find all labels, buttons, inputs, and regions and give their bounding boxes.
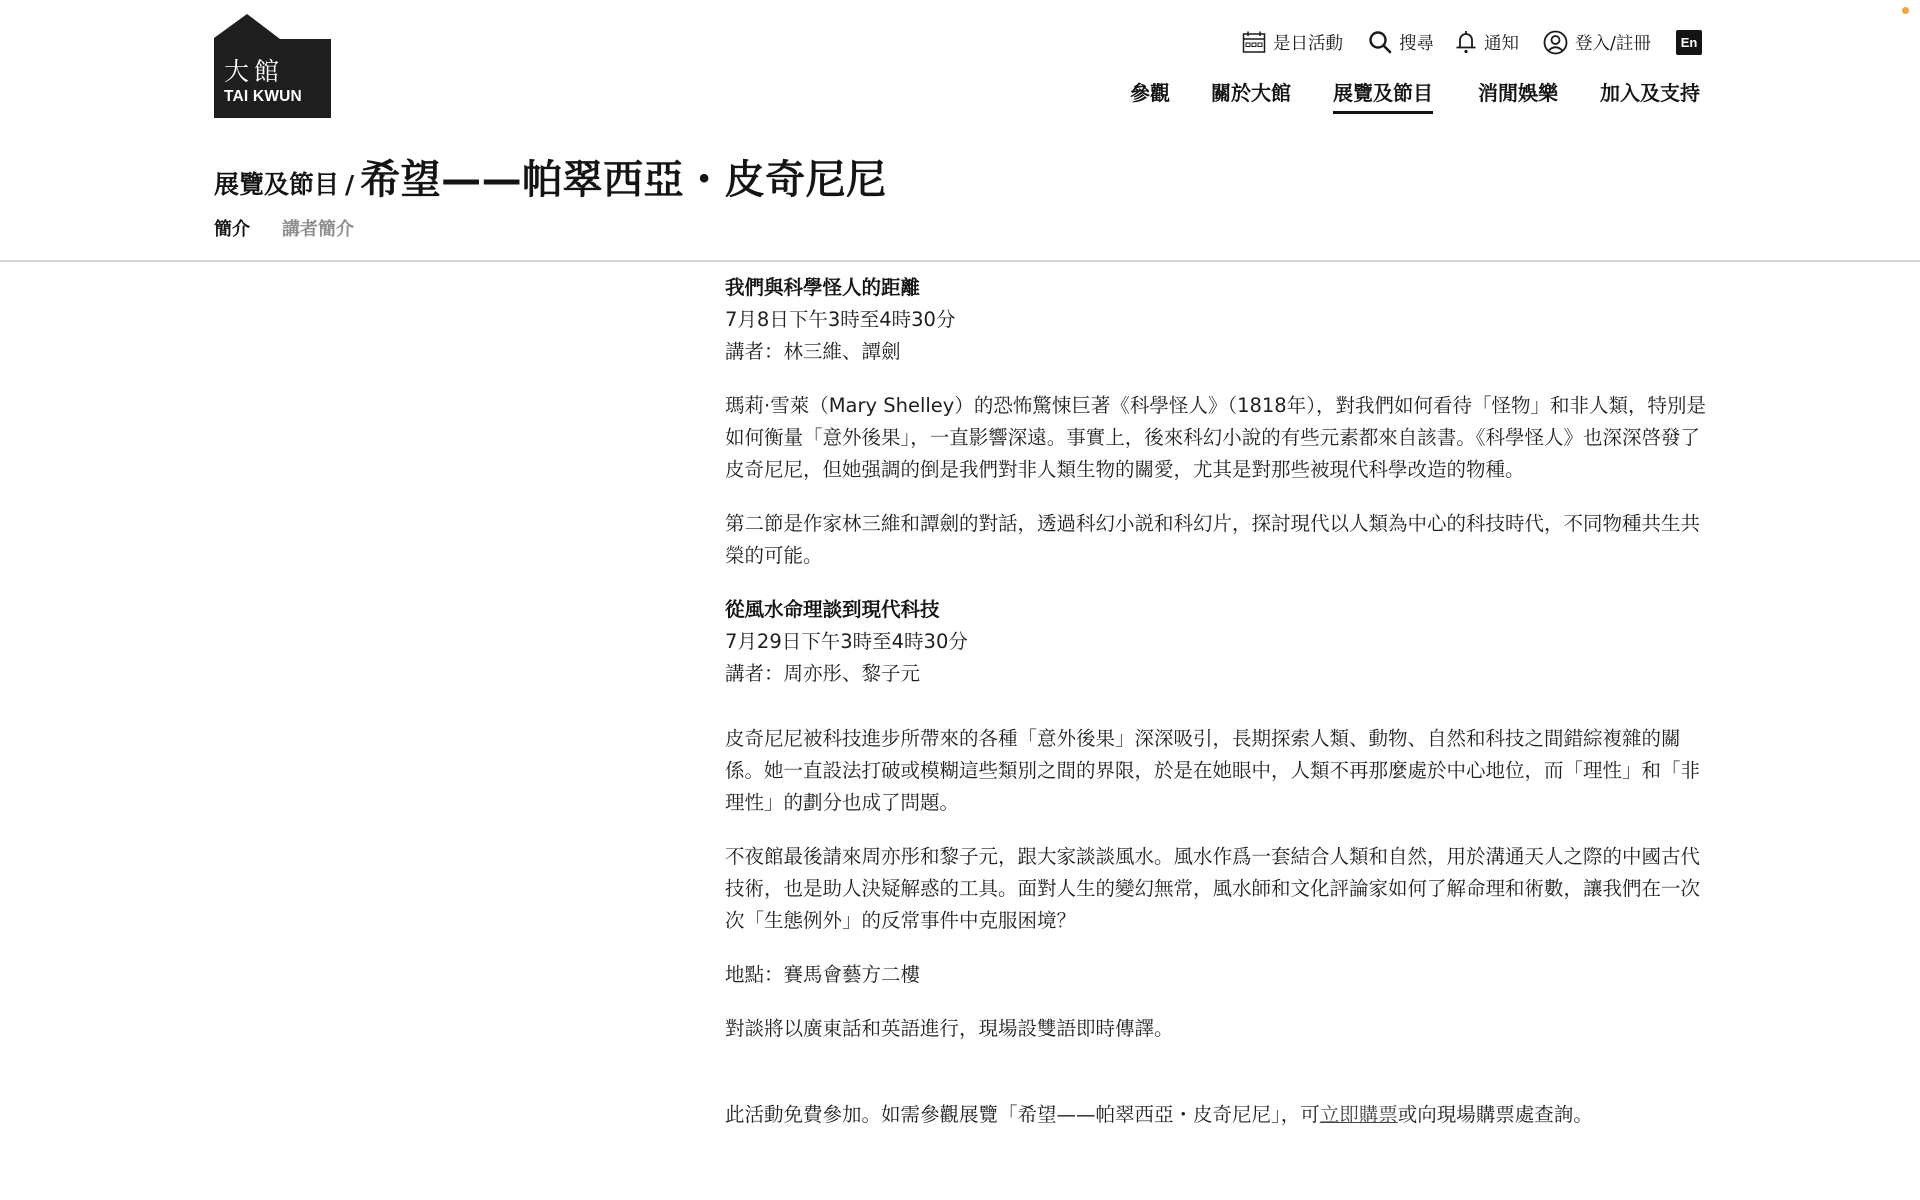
user-icon (1543, 30, 1568, 55)
login-label: 登入/註冊 (1575, 30, 1651, 55)
ticket-note-after: 或向現場購票處查詢。 (1398, 1103, 1593, 1126)
session1-paragraph-2: 第二節是作家林三維和譚劍的對話，透過科幻小説和科幻片，探討現代以人類為中心的科技… (725, 508, 1710, 572)
nav-about[interactable]: 關於大館 (1211, 78, 1291, 108)
page-header: 展覽及節目 / 希望——帕翠西亞・皮奇尼尼 (214, 148, 887, 205)
session2-title: 從風水命理談到現代科技 (725, 594, 1710, 626)
utility-today-events[interactable]: 是日活動 (1242, 28, 1343, 56)
ticket-note: 此活動免費參加。如需參觀展覽「希望——帕翠西亞・皮奇尼尼」，可立即購票或向現場購… (725, 1099, 1710, 1131)
event-location: 地點：賽馬會藝方二樓 (725, 959, 1710, 991)
content-tabs: 簡介 講者簡介 (214, 216, 354, 244)
ticket-note-before: 此活動免費參加。如需參觀展覽「希望——帕翠西亞・皮奇尼尼」，可 (725, 1103, 1320, 1126)
today-events-label: 是日活動 (1273, 30, 1343, 55)
breadcrumb-separator: / (345, 170, 354, 199)
utility-notifications[interactable]: 通知 (1455, 28, 1519, 56)
utility-login[interactable]: 登入/註冊 (1543, 28, 1651, 56)
session1-time: 7月8日下午3時至4時30分 (725, 304, 1710, 336)
utility-search[interactable]: 搜尋 (1368, 28, 1434, 56)
search-label: 搜尋 (1399, 30, 1434, 55)
bell-icon (1455, 30, 1477, 54)
session2-paragraph-2: 不夜館最後請來周亦彤和黎子元，跟大家談談風水。風水作爲一套結合人類和自然，用於溝… (725, 841, 1710, 937)
calendar-icon (1242, 30, 1266, 54)
session2-speakers: 講者：周亦彤、黎子元 (725, 658, 1710, 690)
notification-dot (1902, 7, 1909, 14)
event-description: 我們與科學怪人的距離 7月8日下午3時至4時30分 講者：林三維、譚劍 瑪莉·雪… (725, 272, 1710, 1131)
search-icon (1368, 30, 1392, 54)
buy-ticket-link[interactable]: 立即購票 (1320, 1103, 1398, 1126)
notifications-label: 通知 (1484, 30, 1519, 55)
nav-leisure[interactable]: 消閒娛樂 (1478, 78, 1558, 108)
session1-title: 我們與科學怪人的距離 (725, 272, 1710, 304)
header-divider (0, 260, 1920, 262)
language-toggle-button[interactable]: En (1676, 30, 1702, 55)
main-nav: 參觀 關於大館 展覽及節目 消閒娛樂 加入及支持 (0, 78, 1920, 114)
session2-paragraph-1: 皮奇尼尼被科技進步所帶來的各種「意外後果」深深吸引，長期探索人類、動物、自然和科… (725, 723, 1710, 819)
page-title: 希望——帕翠西亞・皮奇尼尼 (360, 148, 887, 205)
nav-visit[interactable]: 參觀 (1130, 78, 1170, 108)
session1-speakers: 講者：林三維、譚劍 (725, 336, 1710, 368)
breadcrumb-parent[interactable]: 展覽及節目 (214, 165, 339, 201)
language-note: 對談將以廣東話和英語進行，現場設雙語即時傳譯。 (725, 1013, 1710, 1045)
nav-exhibitions[interactable]: 展覽及節目 (1333, 78, 1433, 108)
tab-introduction[interactable]: 簡介 (214, 216, 250, 244)
nav-support[interactable]: 加入及支持 (1600, 78, 1700, 108)
session2-time: 7月29日下午3時至4時30分 (725, 626, 1710, 658)
session1-paragraph-1: 瑪莉·雪萊（Mary Shelley）的恐怖驚悚巨著《科學怪人》（1818年），… (725, 390, 1710, 486)
tab-speakers[interactable]: 講者簡介 (282, 216, 354, 244)
